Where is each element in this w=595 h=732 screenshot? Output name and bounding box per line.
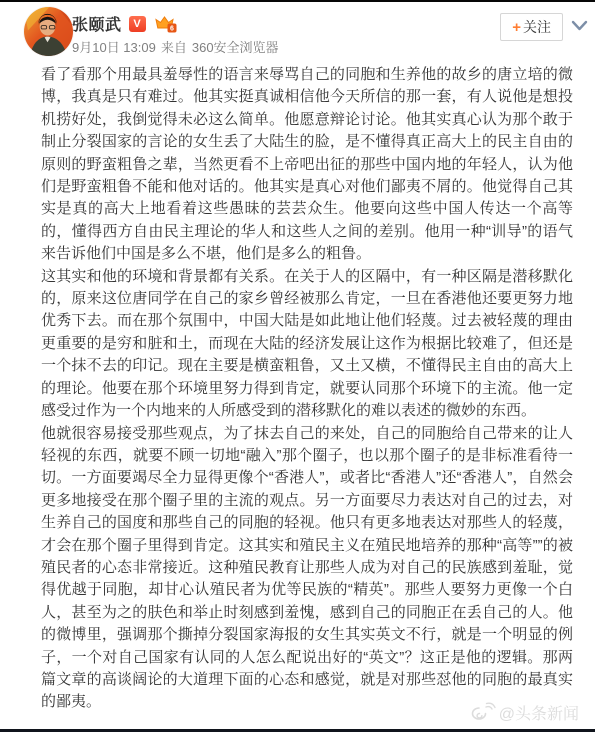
follow-button[interactable]: + 关注 — [500, 13, 563, 41]
name-row: 张颐武 V 6 — [72, 12, 177, 35]
vip-level: 6 — [170, 25, 174, 32]
avatar[interactable] — [24, 7, 73, 56]
weibo-logo-icon — [469, 701, 496, 724]
post-header: 张颐武 V 6 9月10日 13:09 来自 360安全浏览器 + 关注 — [0, 0, 595, 62]
watermark-handle: @头条新闻 — [499, 701, 579, 724]
plus-icon: + — [512, 19, 521, 36]
post-paragraph: 这其实和他的环境和背景都有关系。在关于人的区隔中，有一种区隔是潜移默化的，原来这… — [41, 266, 573, 423]
source-app[interactable]: 360安全浏览器 — [192, 37, 279, 56]
post-meta: 9月10日 13:09 来自 360安全浏览器 — [72, 37, 279, 56]
vip-crown-icon: 6 — [154, 15, 177, 33]
weibo-post-page: { "header": { "username": "张颐武", "v_badg… — [0, 0, 595, 732]
watermark: @头条新闻 — [469, 701, 579, 724]
post-body: 看了看那个用最具羞辱性的语言来辱骂自己的同胞和生养他的故乡的唐立培的微博，我真是… — [41, 64, 573, 714]
follow-button-label: 关注 — [523, 17, 551, 37]
verified-v-icon: V — [129, 16, 146, 32]
source-prefix: 来自 — [161, 37, 187, 56]
username[interactable]: 张颐武 — [72, 12, 122, 35]
chevron-down-icon[interactable] — [571, 19, 588, 31]
post-paragraph: 他就很容易接受那些观点，为了抹去自己的来处，自己的同胞给自己带来的让人轻视的东西… — [41, 423, 573, 714]
post-paragraph: 看了看那个用最具羞辱性的语言来辱骂自己的同胞和生养他的故乡的唐立培的微博，我真是… — [41, 64, 573, 266]
avatar-image — [24, 7, 73, 56]
timestamp: 9月10日 13:09 — [72, 37, 156, 56]
